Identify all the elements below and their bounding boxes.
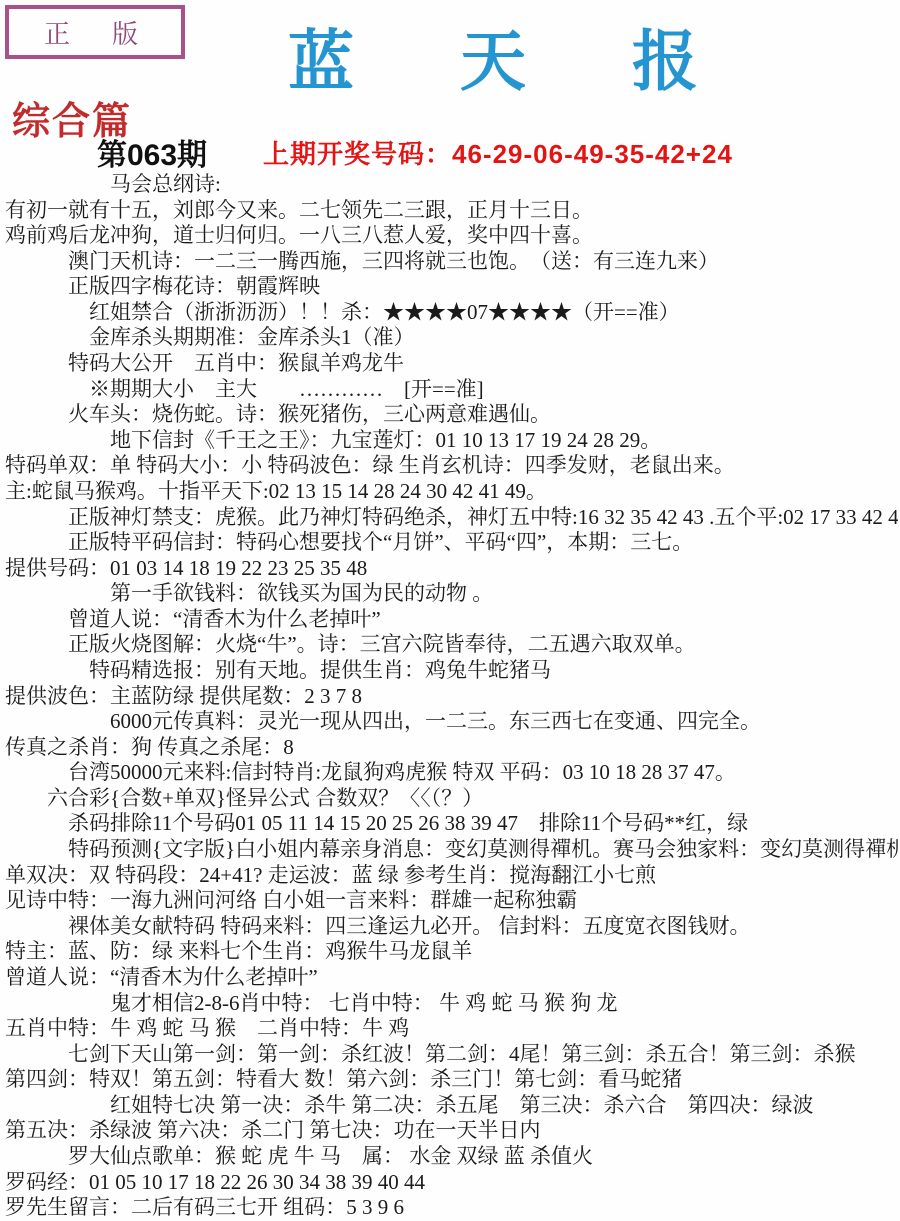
text-line: 鬼才相信2-8-6肖中特： 七肖中特： 牛 鸡 蛇 马 猴 狗 龙 (5, 991, 898, 1017)
text-line: 鸡前鸡后龙冲狗，道士归何归。一八三八惹人爱，奖中四十喜。 (5, 223, 898, 249)
text-line: 提供号码：01 03 14 18 19 22 23 25 35 48 (5, 556, 898, 582)
issue-number: 第063期 (97, 130, 207, 174)
text-line: 七剑下天山第一剑：第一剑：杀红波！第二剑：4尾！第三剑：杀五合！第三剑：杀猴 (5, 1042, 898, 1068)
text-line: 地下信封《千王之王》：九宝莲灯：01 10 13 17 19 24 28 29。 (5, 428, 898, 454)
text-line: 传真之杀肖：狗 传真之杀尾：8 (5, 735, 898, 761)
text-line: 裸体美女献特码 特码来料：四三逢运九必开。 信封料：五度宽衣图钱财。 (5, 914, 898, 940)
text-line: 正版火烧图解：火烧“牛”。诗：三宫六院皆奉待，二五遇六取双单。 (5, 632, 898, 658)
text-line: 第五决：杀绿波 第六决：杀二门 第七决：功在一天半日内 (5, 1118, 898, 1144)
text-line: 正版四字梅花诗：朝霞辉映 (5, 274, 898, 300)
text-line: 特码精选报：别有天地。提供生肖：鸡兔牛蛇猪马 (5, 658, 898, 684)
text-line: 特码大公开 五肖中：猴鼠羊鸡龙牛 (5, 351, 898, 377)
text-line: 主:蛇鼠马猴鸡。十指平天下:02 13 15 14 28 24 30 42 41… (5, 479, 898, 505)
text-line: 第四剑：特双！第五剑：特看大 数！第六剑：杀三门！第七剑：看马蛇猪 (5, 1067, 898, 1093)
authentic-edition-badge: 正 版 (5, 5, 185, 59)
text-line: 马会总纲诗: (5, 172, 898, 198)
text-line: 罗大仙点歌单：猴 蛇 虎 牛 马 属： 水金 双绿 蓝 杀值火 (5, 1144, 898, 1170)
text-line: 正版特平码信封：特码心想要找个“月饼”、平码“四”，本期：三七。 (5, 530, 898, 556)
text-line: 第一手欲钱料：欲钱买为国为民的动物 。 (5, 581, 898, 607)
text-line: 金库杀头期期准：金库杀头1（准） (5, 325, 898, 351)
text-line: 特主：蓝、防：绿 来料七个生肖：鸡猴牛马龙鼠羊 (5, 939, 898, 965)
text-line: 火车头：烧伤蛇。诗：猴死猪伤，三心两意难遇仙。 (5, 402, 898, 428)
text-line: 6000元传真料：灵光一现从四出，一二三。东三西七在变通、四完全。 (5, 709, 898, 735)
text-line: 红姐特七决 第一决：杀牛 第二决：杀五尾 第三决：杀六合 第四决：绿波 (5, 1093, 898, 1119)
text-line: 单双决：双 特码段：24+41? 走运波：蓝 绿 参考生肖：搅海翻江小七煎 (5, 863, 898, 889)
page-title: 蓝 天 报 (288, 8, 718, 103)
last-draw-numbers: 上期开奖号码：46-29-06-49-35-42+24 (263, 134, 733, 171)
text-line: 曾道人说：“清香木为什么老掉叶” (5, 965, 898, 991)
authentic-edition-label: 正 版 (44, 14, 146, 51)
text-line: 有初一就有十五，刘郎今又来。二七领先二三跟，正月十三日。 (5, 198, 898, 224)
text-line: 特码单双：单 特码大小：小 特码波色：绿 生肖玄机诗：四季发财，老鼠出来。 (5, 453, 898, 479)
text-line: 罗码经：01 05 10 17 18 22 26 30 34 38 39 40 … (5, 1170, 898, 1196)
text-line: 见诗中特：一海九洲问河络 白小姐一言来料：群雄一起称独霸 (5, 888, 898, 914)
text-line: 红姐禁合（浙浙沥沥）！！杀：★★★★07★★★★（开==准） (5, 300, 898, 326)
text-line: 特码预测{文字版}白小姐内幕亲身消息：变幻莫测得禪机。赛马会独家料：变幻莫测得禪… (5, 837, 898, 863)
text-line: 澳门天机诗：一二三一腾西施，三四将就三也饱。 （送：有三连九来） (5, 249, 898, 275)
text-line: 罗先生留言：二后有码三七开 组码：5 3 9 6 (5, 1195, 898, 1221)
text-line: 曾道人说：“清香木为什么老掉叶” (5, 607, 898, 633)
text-line: 台湾50000元来料:信封特肖:龙鼠狗鸡虎猴 特双 平码：03 10 18 28… (5, 760, 898, 786)
text-line: 提供波色：主蓝防绿 提供尾数：2 3 7 8 (5, 684, 898, 710)
text-line: 五肖中特：牛 鸡 蛇 马 猴 二肖中特：牛 鸡 (5, 1016, 898, 1042)
text-line: ※期期大小 主大 ………… [开==准] (5, 377, 898, 403)
body-text-block: 马会总纲诗:有初一就有十五，刘郎今又来。二七领先二三跟，正月十三日。鸡前鸡后龙冲… (5, 172, 898, 1221)
text-line: 六合彩{合数+单双}怪异公式 合数双？〈〈（？） (5, 786, 898, 812)
text-line: 杀码排除11个号码01 05 11 14 15 20 25 26 38 39 4… (5, 811, 898, 837)
text-line: 正版神灯禁支：虎猴。此乃神灯特码绝杀，神灯五中特:16 32 35 42 43 … (5, 505, 898, 531)
